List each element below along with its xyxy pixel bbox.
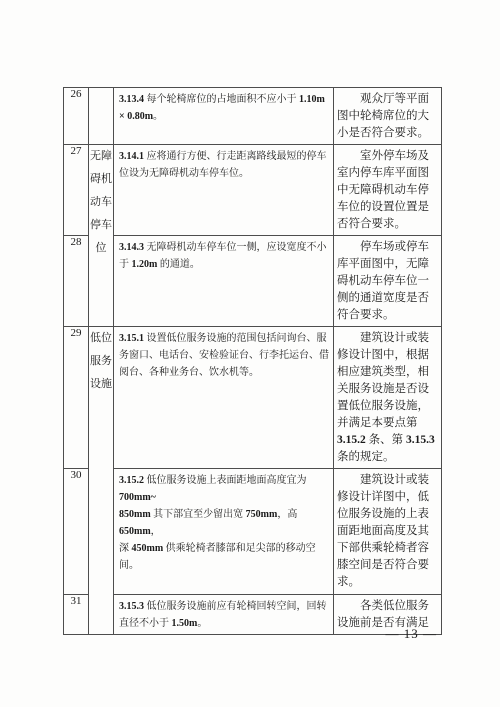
review-cell: 室外停车场及 室内停车库平面图 中无障碍机动车停 车位的设置位置是 否符合要求。 (334, 145, 442, 236)
checklist-table: 26 3.13.4 每个轮椅席位的占地面积不应小于 1.10m × 0.80m。… (63, 87, 442, 635)
review-cell: 建筑设计或装 修设计图中，根据 相应建筑类型，相 关服务设施是否设 置低位服务设… (334, 327, 442, 469)
clause-cell: 3.15.2 低位服务设施上表面距地面高度宜为 700mm~ 850mm 其下部… (114, 469, 334, 595)
document-page: 26 3.13.4 每个轮椅席位的占地面积不应小于 1.10m × 0.80m。… (0, 0, 500, 707)
category-cell: 无障 碍机 动车 停车 位 (89, 145, 114, 327)
clause-cell: 3.15.1 设置低位服务设施的范围包括问询台、服 务窗口、电话台、安检验证台、… (114, 327, 334, 469)
clause-cell: 3.14.3 无障碍机动车停车位一侧，应设宽度不小 于 1.20m 的通道。 (114, 236, 334, 327)
table-row: 30 3.15.2 低位服务设施上表面距地面高度宜为 700mm~ 850mm … (64, 469, 442, 595)
row-number-cell: 31 (64, 595, 89, 635)
review-cell: 建筑设计或装 修设计详图中，低 位服务设施的上表 面距地面高度及其 下部供乘轮椅… (334, 469, 442, 595)
page-number: — 13 — (386, 626, 438, 642)
row-number-cell: 28 (64, 236, 89, 327)
category-cell (89, 88, 114, 145)
clause-cell: 3.13.4 每个轮椅席位的占地面积不应小于 1.10m × 0.80m。 (114, 88, 334, 145)
row-number-cell: 27 (64, 145, 89, 236)
table-row: 27 无障 碍机 动车 停车 位 3.14.1 应将通行方便、行走距离路线最短的… (64, 145, 442, 236)
review-cell: 停车场或停车 库平面图中，无障 碍机动车停车位一 侧的通道宽度是否 符合要求。 (334, 236, 442, 327)
table-row: 29 低位 服务 设施 3.15.1 设置低位服务设施的范围包括问询台、服 务窗… (64, 327, 442, 469)
table-row: 28 3.14.3 无障碍机动车停车位一侧，应设宽度不小 于 1.20m 的通道… (64, 236, 442, 327)
row-number-cell: 26 (64, 88, 89, 145)
table-row: 26 3.13.4 每个轮椅席位的占地面积不应小于 1.10m × 0.80m。… (64, 88, 442, 145)
category-cell: 低位 服务 设施 (89, 327, 114, 635)
row-number-cell: 30 (64, 469, 89, 595)
row-number-cell: 29 (64, 327, 89, 469)
review-cell: 观众厅等平面 图中轮椅席位的大 小是否符合要求。 (334, 88, 442, 145)
clause-cell: 3.15.3 低位服务设施前应有轮椅回转空间，回转 直径不小于 1.50m。 (114, 595, 334, 635)
clause-cell: 3.14.1 应将通行方便、行走距离路线最短的停车 位设为无障碍机动车停车位。 (114, 145, 334, 236)
